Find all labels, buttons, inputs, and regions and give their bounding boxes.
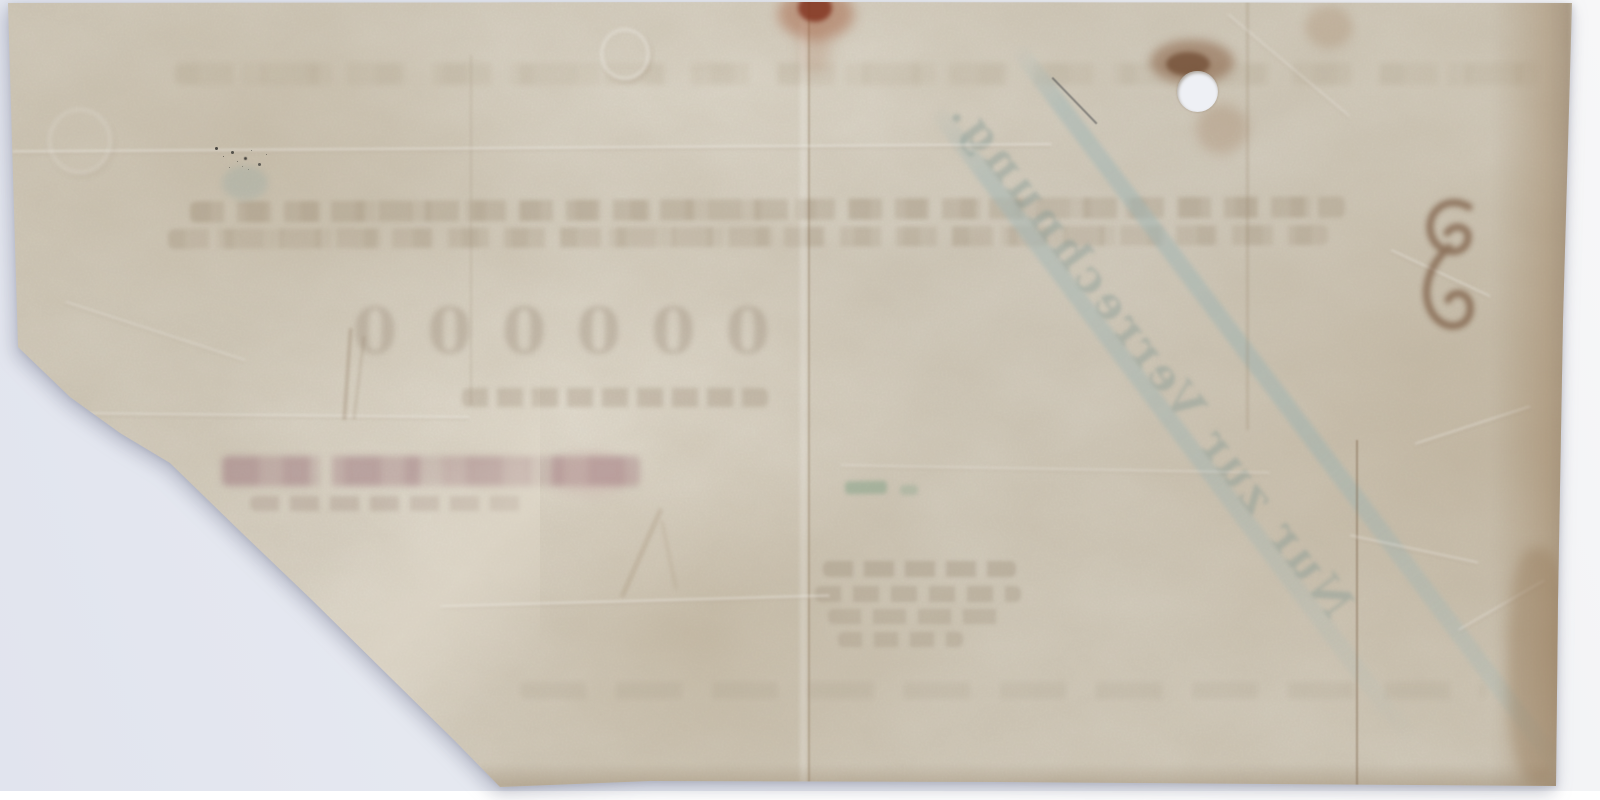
punch-hole (1177, 71, 1218, 112)
paper-grain-texture (0, 0, 1600, 791)
crossing-stamp-text-label: Nur zur Verrechnung. (937, 86, 1363, 627)
paper-mottling-texture (0, 0, 1600, 791)
brown-streak (661, 521, 678, 590)
bottom-edge-toning (480, 764, 1560, 788)
crease-line (20, 412, 470, 421)
ghost-text-row (190, 196, 1345, 222)
ghost-green-date-mark (900, 485, 918, 495)
crease-line (64, 301, 246, 364)
center-fold-line (808, 0, 810, 786)
brown-wisp-stain (1305, 6, 1353, 48)
ghost-green-date-mark (845, 481, 887, 495)
ghost-text-row (168, 225, 1328, 249)
ink-speckles (215, 147, 218, 150)
ink-squiggle-mark (1405, 195, 1495, 345)
hole-scorch-stain (1196, 104, 1248, 154)
center-fold-highlight (800, 0, 807, 786)
crease-line (440, 595, 830, 610)
ghost-text-row (828, 609, 1001, 624)
ghost-text-row (815, 586, 1021, 602)
photo-backdrop: 000000 Nur zur Verrechnung. (0, 0, 1600, 791)
paper-shadow: 000000 Nur zur Verrechnung. (0, 0, 1600, 791)
crease-line (1225, 13, 1350, 119)
ghost-text-row (838, 632, 963, 647)
cut-edge-highlight (0, 330, 540, 791)
ghost-bottom-border-row (520, 682, 1485, 699)
document-paper: 000000 Nur zur Verrechnung. (0, 0, 1600, 791)
ghost-text-row (250, 496, 526, 511)
red-stain-halo (778, 0, 854, 40)
ghost-text-row (823, 561, 1016, 577)
right-lower-fold-line (1356, 440, 1358, 786)
ghost-text-row (462, 388, 768, 407)
pencil-scratch-mark (1052, 77, 1098, 124)
ghost-pink-smudge (550, 452, 630, 496)
crossing-stamp-band (930, 106, 1425, 755)
crease-line (12, 143, 1052, 154)
right-fold-line (1246, 0, 1249, 430)
crease-line (840, 464, 1270, 476)
brown-streak (621, 509, 663, 598)
crossing-stamp-band (1008, 40, 1566, 773)
teal-smudge (222, 166, 268, 200)
paper-dent-ring (600, 28, 650, 80)
ghost-border-ornament-row (175, 63, 1540, 85)
crease-line (1349, 534, 1479, 565)
red-stain (798, 0, 832, 22)
red-stain-tail (800, 28, 830, 74)
right-edge-stain (1508, 548, 1568, 783)
ghost-large-numerals: 000000 (330, 294, 770, 364)
crossing-stamp-text: Nur zur Verrechnung. (937, 86, 1399, 676)
paper-dent-ring (48, 108, 112, 174)
crease-line (1414, 405, 1531, 447)
